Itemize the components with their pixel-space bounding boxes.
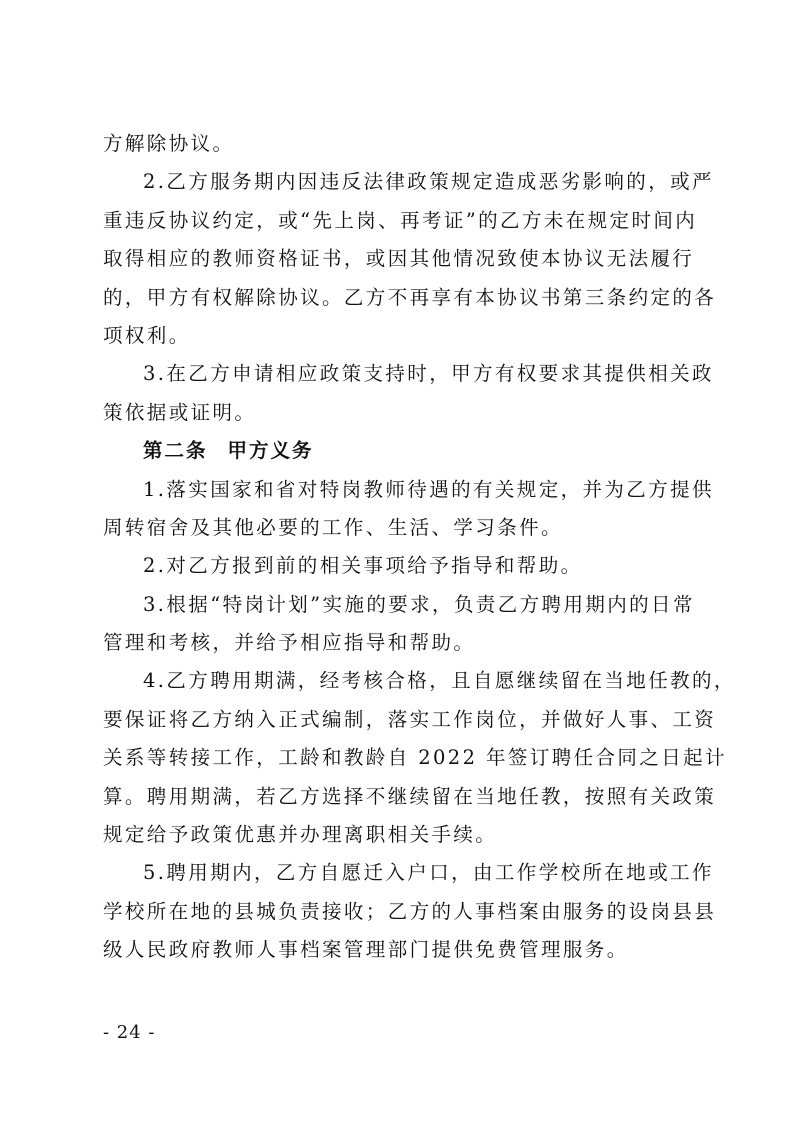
paragraph-line: 管理和考核，并给予相应指导和帮助。: [103, 624, 700, 662]
paragraph-line: 方解除协议。: [103, 125, 700, 163]
paragraph-line: 取得相应的教师资格证书，或因其他情况致使本协议无法履行: [103, 240, 700, 278]
paragraph-line: 策依据或证明。: [103, 394, 700, 432]
paragraph-line: 2.乙方服务期内因违反法律政策规定造成恶劣影响的，或严: [103, 163, 700, 201]
paragraph-line: 周转宿舍及其他必要的工作、生活、学习条件。: [103, 509, 700, 547]
section-heading: 第二条甲方义务: [103, 432, 700, 470]
paragraph-line: 级人民政府教师人事档案管理部门提供免费管理服务。: [103, 931, 700, 969]
page-number: - 24 -: [103, 1022, 156, 1043]
paragraph-line: 1.落实国家和省对特岗教师待遇的有关规定，并为乙方提供: [103, 471, 700, 509]
paragraph-line: 学校所在地的县城负责接收；乙方的人事档案由服务的设岗县县: [103, 893, 700, 931]
paragraph-line: 3.根据“特岗计划”实施的要求，负责乙方聘用期内的日常: [103, 586, 700, 624]
paragraph-line: 要保证将乙方纳入正式编制，落实工作岗位，并做好人事、工资: [103, 701, 700, 739]
paragraph-line: 2.对乙方报到前的相关事项给予指导和帮助。: [103, 547, 700, 585]
article-number: 第二条: [143, 439, 208, 462]
paragraph-line: 规定给予政策优惠并办理离职相关手续。: [103, 816, 700, 854]
paragraph-line: 的，甲方有权解除协议。乙方不再享有本协议书第三条约定的各: [103, 279, 700, 317]
paragraph-line: 3.在乙方申请相应政策支持时，甲方有权要求其提供相关政: [103, 355, 700, 393]
paragraph-line: 关系等转接工作，工龄和教龄自 2022 年签订聘任合同之日起计: [103, 739, 700, 777]
paragraph-line: 重违反协议约定，或“先上岗、再考证”的乙方未在规定时间内: [103, 202, 700, 240]
article-title: 甲方义务: [228, 439, 314, 462]
paragraph-line: 算。聘用期满，若乙方选择不继续留在当地任教，按照有关政策: [103, 778, 700, 816]
paragraph-line: 项权利。: [103, 317, 700, 355]
paragraph-line: 5.聘用期内，乙方自愿迁入户口，由工作学校所在地或工作: [103, 854, 700, 892]
document-page: 方解除协议。 2.乙方服务期内因违反法律政策规定造成恶劣影响的，或严 重违反协议…: [103, 125, 700, 970]
paragraph-line: 4.乙方聘用期满，经考核合格，且自愿继续留在当地任教的，: [103, 662, 700, 700]
